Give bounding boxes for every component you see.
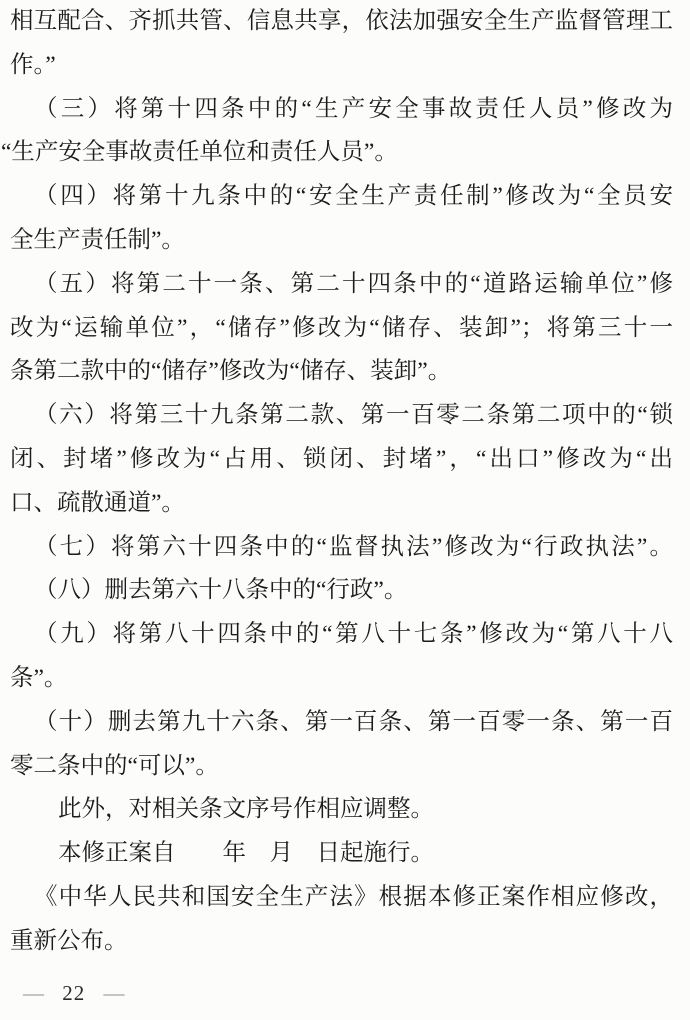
text-line: 条第二款中的“储存”修改为“储存、装卸”。 (10, 350, 673, 394)
text-line: 零二条中的“可以”。 (10, 745, 673, 789)
text-line: （八）删去第六十八条中的“行政”。 (10, 569, 673, 613)
text-line: （九）将第八十四条中的“第八十七条”修改为“第八十八 (10, 613, 673, 657)
text-line: 条”。 (10, 657, 673, 701)
text-line: （四）将第十九条中的“安全生产责任制”修改为“全员安 (10, 175, 673, 219)
text-line: 口、疏散通道”。 (10, 482, 673, 526)
text-line: 此外，对相关条文序号作相应调整。 (10, 788, 673, 832)
document-page: 相互配合、齐抓共管、信息共享，依法加强安全生产监督管理工作。”（三）将第十四条中… (0, 0, 690, 1020)
page-number-footer: — 22 — (23, 981, 125, 1005)
text-line: 本修正案自 年 月 日起施行。 (10, 832, 673, 876)
text-line: （十）删去第九十六条、第一百条、第一百零一条、第一百 (10, 701, 673, 745)
text-line: 相互配合、齐抓共管、信息共享，依法加强安全生产监督管理工 (10, 0, 673, 44)
text-line: （五）将第二十一条、第二十四条中的“道路运输单位”修 (10, 263, 673, 307)
footer-left-dash: — (23, 981, 44, 1005)
text-line: 作。” (10, 44, 673, 88)
text-line: 改为“运输单位”，“储存”修改为“储存、装卸”；将第三十一 (10, 307, 673, 351)
text-line: 重新公布。 (10, 920, 673, 964)
text-line: 闭、封堵”修改为“占用、锁闭、封堵”，“出口”修改为“出 (10, 438, 673, 482)
text-line: 《中华人民共和国安全生产法》根据本修正案作相应修改， (10, 876, 673, 920)
text-line: “生产安全事故责任单位和责任人员”。 (1, 131, 673, 175)
text-line: （六）将第三十九条第二款、第一百零二条第二项中的“锁 (10, 394, 673, 438)
footer-right-dash: — (104, 981, 125, 1005)
text-line: （三）将第十四条中的“生产安全事故责任人员”修改为 (10, 88, 673, 132)
text-line: 全生产责任制”。 (10, 219, 673, 263)
document-body: 相互配合、齐抓共管、信息共享，依法加强安全生产监督管理工作。”（三）将第十四条中… (10, 0, 673, 964)
page-number: 22 (62, 981, 85, 1005)
text-line: （七）将第六十四条中的“监督执法”修改为“行政执法”。 (10, 526, 673, 570)
